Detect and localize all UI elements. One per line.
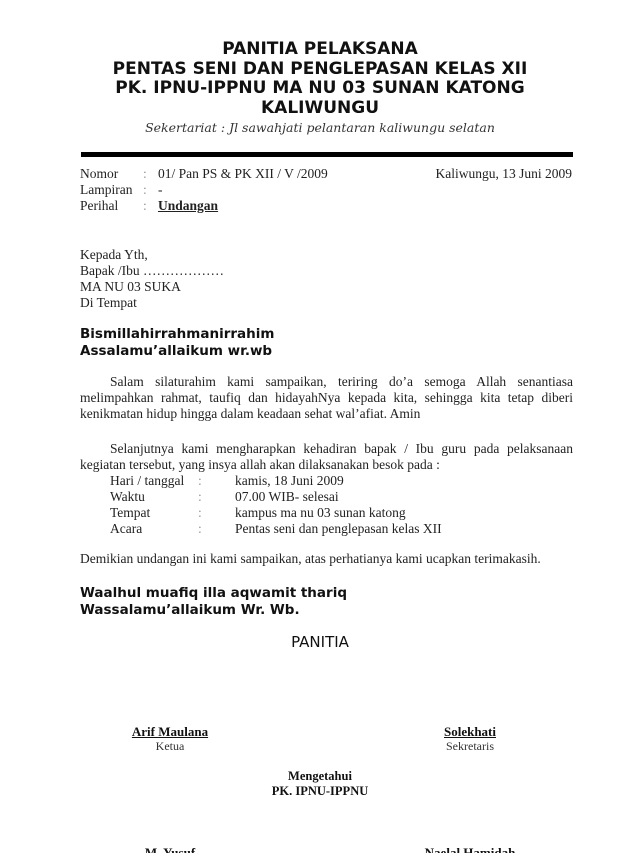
paragraph-2: Selanjutnya kami mengharapkan kehadiran …	[80, 441, 573, 473]
colon: :	[143, 166, 147, 182]
nomor-label: Nomor	[80, 166, 118, 182]
secretariat-address: Sekertariat : Jl sawahjati pelantaran ka…	[0, 120, 640, 135]
signer-name: Solekhati	[410, 724, 530, 739]
acknowledged-label: Mengetahui	[0, 769, 640, 784]
meta-row-nomor: Nomor : 01/ Pan PS & PK XII / V /2009 Ka…	[80, 166, 575, 182]
letterhead-line: KALIWUNGU	[0, 99, 640, 119]
nomor-value: 01/ Pan PS & PK XII / V /2009	[158, 166, 328, 182]
colon: :	[198, 505, 202, 521]
colon: :	[198, 473, 202, 489]
recipient-line: Bapak /Ibu ………………	[80, 263, 224, 279]
detail-value: Pentas seni dan penglepasan kelas XII	[235, 521, 442, 537]
detail-label: Hari / tanggal	[110, 473, 184, 489]
meta-row-lampiran: Lampiran : -	[80, 182, 575, 198]
paragraph-text: Selanjutnya kami mengharapkan kehadiran …	[80, 441, 573, 473]
acknowledged-org: PK. IPNU-IPPNU	[0, 784, 640, 799]
recipient-line: MA NU 03 SUKA	[80, 279, 224, 295]
detail-row: Hari / tanggal : kamis, 18 Juni 2009	[110, 473, 530, 489]
letterhead: PANITIA PELAKSANA PENTAS SENI DAN PENGLE…	[0, 40, 640, 118]
lampiran-value: -	[158, 182, 163, 198]
signer-bottom-left: M. Yusuf	[110, 845, 230, 853]
basmalah: Bismillahirrahmanirrahim	[80, 326, 274, 343]
lampiran-label: Lampiran	[80, 182, 132, 198]
perihal-label: Perihal	[80, 198, 118, 214]
event-details: Hari / tanggal : kamis, 18 Juni 2009 Wak…	[110, 473, 530, 537]
signer-name: Arif Maulana	[110, 724, 230, 739]
detail-value: kampus ma nu 03 sunan katong	[235, 505, 406, 521]
letterhead-line: PENTAS SENI DAN PENGLEPASAN KELAS XII	[0, 60, 640, 80]
recipient-block: Kepada Yth, Bapak /Ibu ……………… MA NU 03 S…	[80, 247, 224, 311]
detail-row: Waktu : 07.00 WIB- selesai	[110, 489, 530, 505]
perihal-value: Undangan	[158, 198, 218, 214]
letterhead-line: PK. IPNU-IPPNU MA NU 03 SUNAN KATONG	[0, 79, 640, 99]
signer-role: Sekretaris	[410, 739, 530, 754]
place-date: Kaliwungu, 13 Juni 2009	[436, 166, 573, 182]
closing-line: Waalhul muafiq illa aqwamit thariq	[80, 585, 347, 602]
recipient-line: Di Tempat	[80, 295, 224, 311]
detail-label: Tempat	[110, 505, 150, 521]
letterhead-line: PANITIA PELAKSANA	[0, 40, 640, 60]
closing-greeting: Waalhul muafiq illa aqwamit thariq Wassa…	[80, 585, 347, 618]
acknowledgement: Mengetahui PK. IPNU-IPPNU	[0, 769, 640, 799]
colon: :	[143, 182, 147, 198]
detail-value: 07.00 WIB- selesai	[235, 489, 339, 505]
recipient-line: Kepada Yth,	[80, 247, 224, 263]
detail-row: Tempat : kampus ma nu 03 sunan katong	[110, 505, 530, 521]
colon: :	[143, 198, 147, 214]
colon: :	[198, 521, 202, 537]
letter-meta: Nomor : 01/ Pan PS & PK XII / V /2009 Ka…	[80, 166, 575, 214]
invitation-letter: PANITIA PELAKSANA PENTAS SENI DAN PENGLE…	[0, 0, 640, 853]
closing-sentence: Demikian undangan ini kami sampaikan, at…	[80, 551, 541, 567]
detail-label: Acara	[110, 521, 142, 537]
detail-label: Waktu	[110, 489, 145, 505]
meta-row-perihal: Perihal : Undangan	[80, 198, 575, 214]
salam: Assalamu’allaikum wr.wb	[80, 343, 274, 360]
opening-greeting: Bismillahirrahmanirrahim Assalamu’allaik…	[80, 326, 274, 359]
colon: :	[198, 489, 202, 505]
committee-label: PANITIA	[0, 633, 640, 651]
paragraph-1: Salam silaturahim kami sampaikan, teriri…	[80, 374, 573, 422]
signer-bottom-right: Naelal Hamidah	[410, 845, 530, 853]
paragraph-text: Salam silaturahim kami sampaikan, teriri…	[80, 374, 573, 422]
detail-value: kamis, 18 Juni 2009	[235, 473, 344, 489]
closing-line: Wassalamu’allaikum Wr. Wb.	[80, 602, 347, 619]
detail-row: Acara : Pentas seni dan penglepasan kela…	[110, 521, 530, 537]
signer-role: Ketua	[110, 739, 230, 754]
signature-secretary: Solekhati Sekretaris	[410, 724, 530, 754]
signature-chair: Arif Maulana Ketua	[110, 724, 230, 754]
header-divider	[81, 152, 573, 157]
